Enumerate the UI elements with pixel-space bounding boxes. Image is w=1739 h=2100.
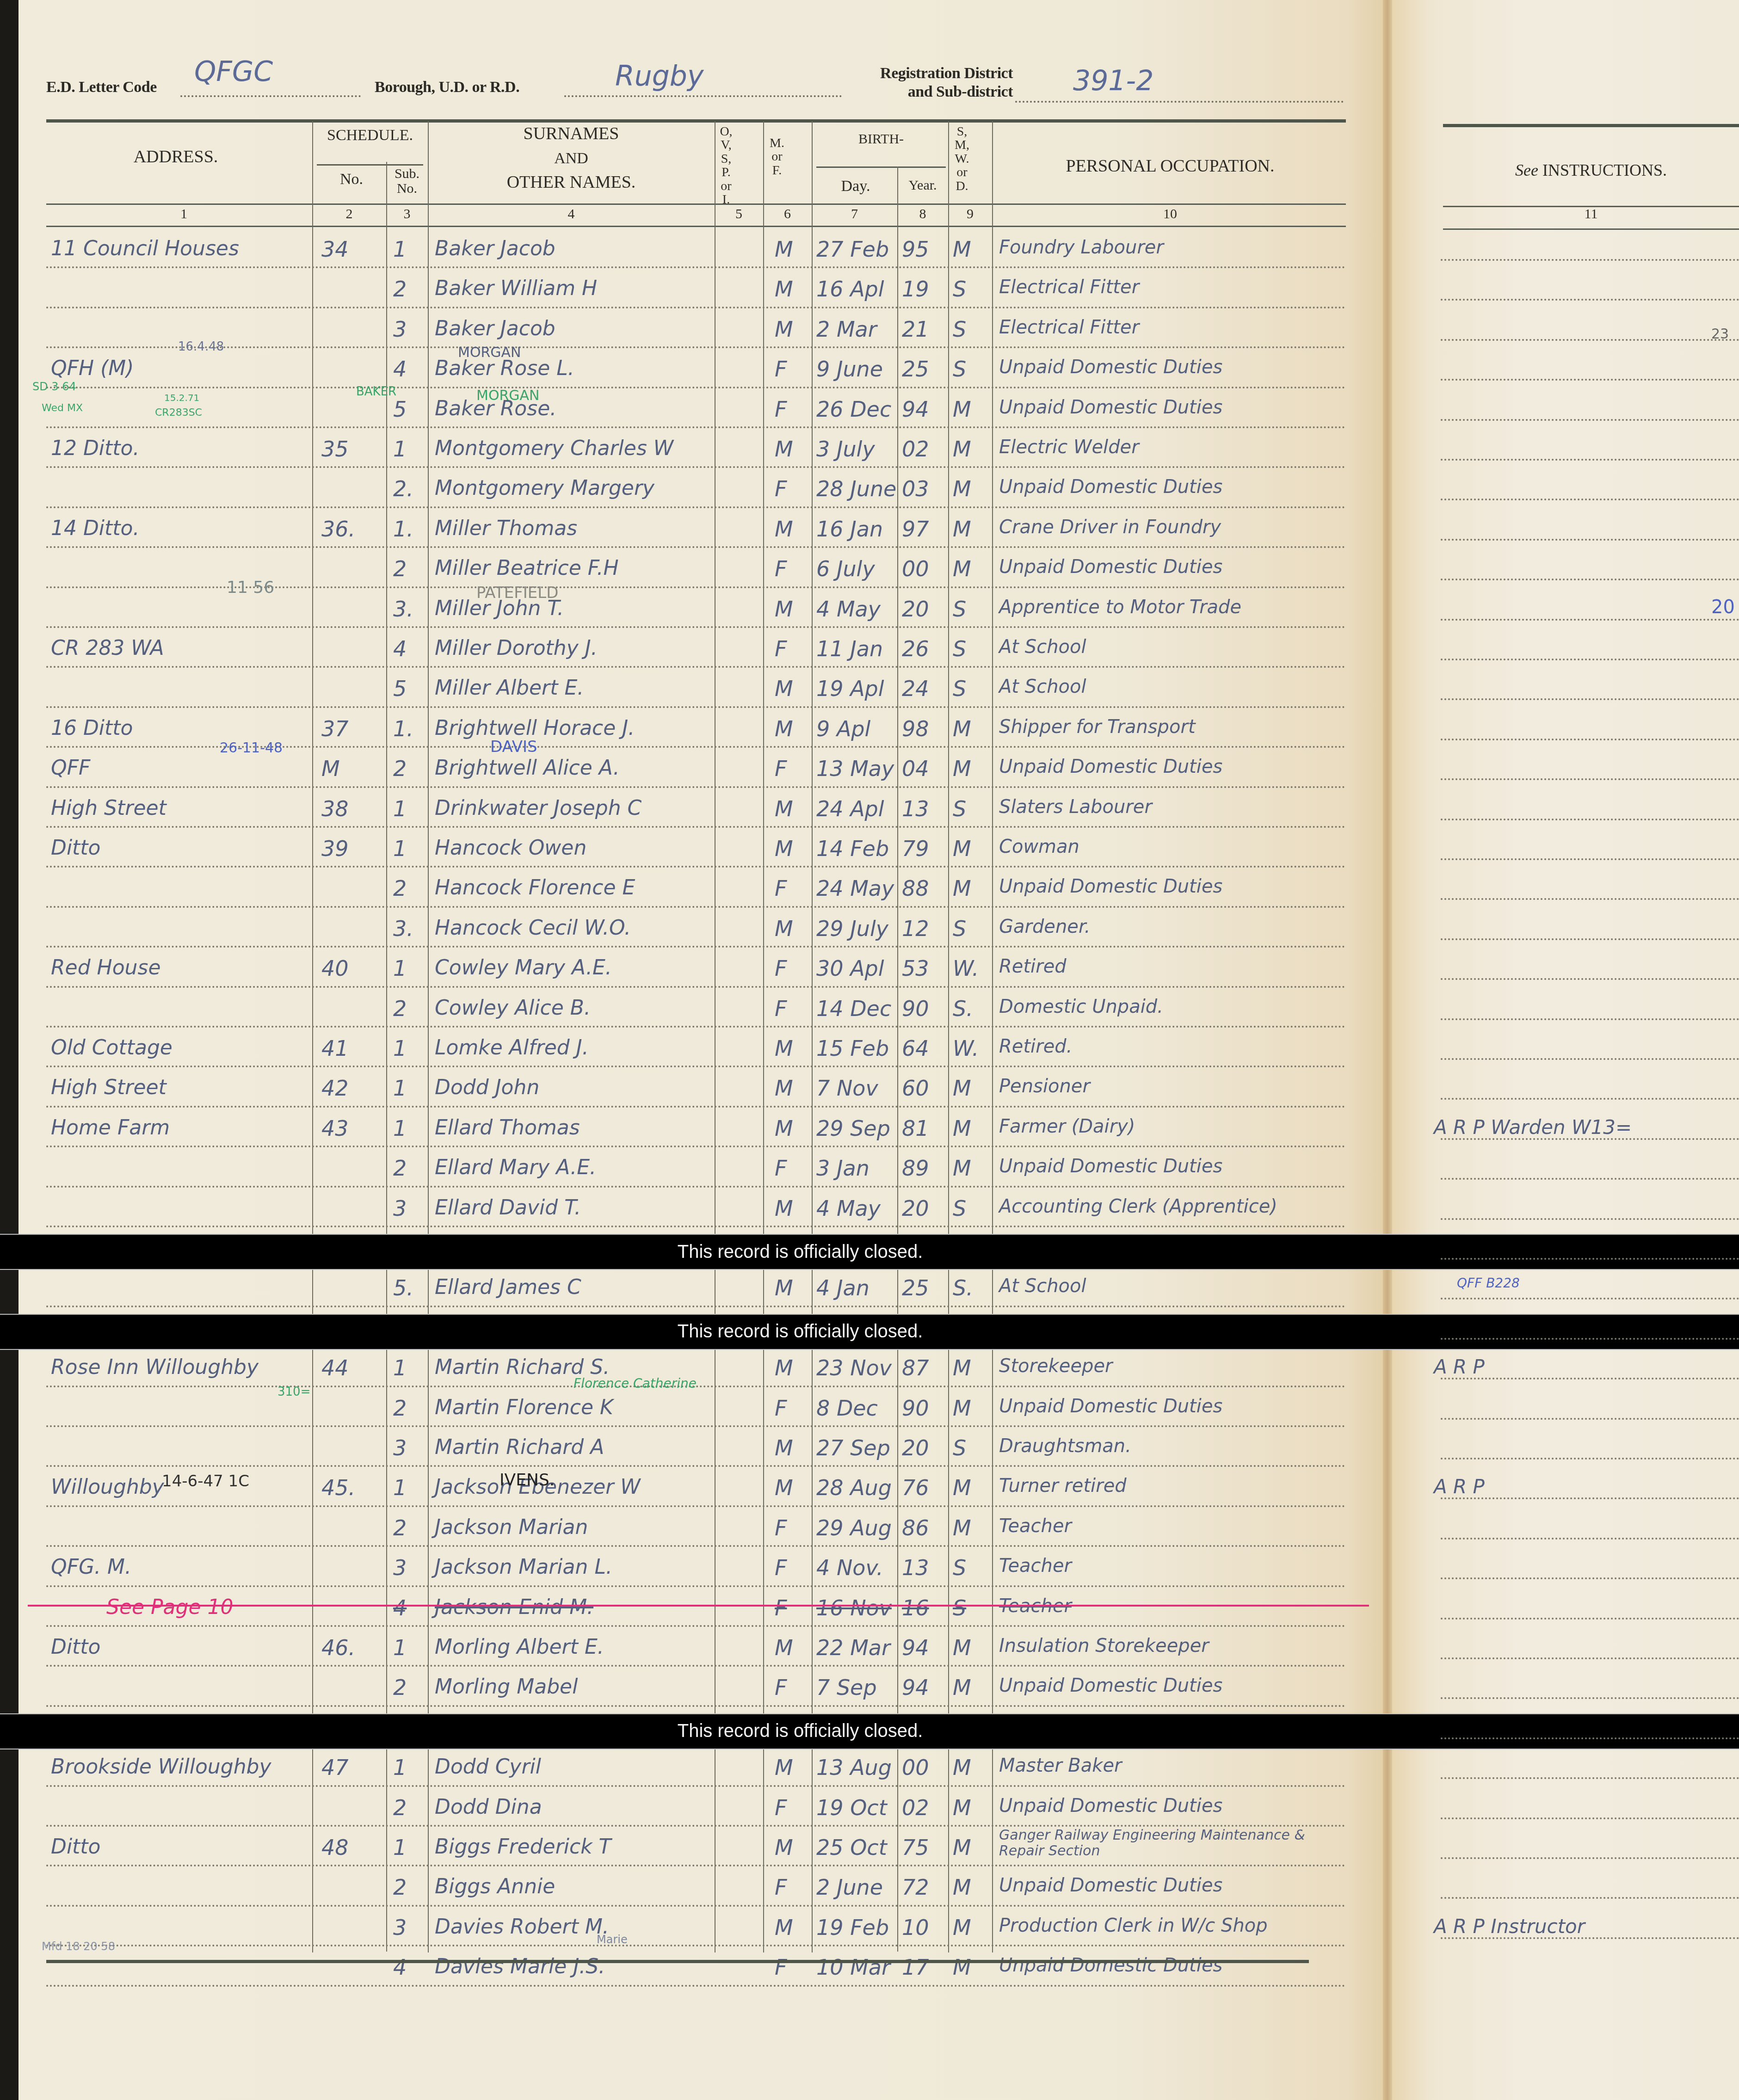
birth-year-cell: 19 [902, 277, 929, 302]
sex-cell: F [775, 1595, 787, 1620]
column-number: 2 [312, 206, 386, 222]
name-cell: Baker Jacob [435, 317, 555, 340]
name-cell: Hancock Florence E [435, 876, 635, 899]
occupation-cell: Retired [999, 956, 1067, 977]
birth-year-cell: 00 [902, 556, 929, 581]
schedule-sub-cell: 2 [393, 556, 407, 581]
birth-year-cell: 81 [902, 1116, 929, 1141]
birth-day-cell: 10 Mar [816, 1955, 890, 1980]
schedule-sub-cell: 4 [393, 357, 407, 382]
marital-status-cell: M [953, 1755, 971, 1780]
name-cell: Biggs Annie [435, 1875, 555, 1898]
marital-status-cell: S. [953, 996, 973, 1021]
birth-year-cell: 88 [902, 876, 929, 901]
borough-label: Borough, U.D. or R.D. [375, 79, 519, 96]
marital-status-cell: M [953, 1875, 971, 1900]
birth-year-cell: 60 [902, 1076, 929, 1101]
marital-status-cell: S [953, 357, 966, 382]
name-cell: Davies Marie J.S. [435, 1955, 605, 1978]
redaction-bar: This record is officially closed. [0, 1314, 1739, 1350]
colnum-rule-bottom-right [1443, 228, 1739, 230]
right-row-rule [1441, 1618, 1739, 1620]
name-cell: Miller Albert E. [435, 676, 584, 700]
sex-cell: F [775, 476, 787, 501]
birth-year-cell: 20 [902, 1196, 929, 1221]
column-number: 1 [55, 206, 312, 222]
schedule-sub-cell: 1. [393, 716, 413, 741]
annotation-310: 310= [277, 1385, 310, 1399]
occupation-cell: Electric Welder [999, 437, 1139, 458]
address-cell: See Page 10 [106, 1595, 234, 1619]
row-rule [46, 946, 1346, 948]
name-cell: Dodd Dina [435, 1795, 542, 1819]
col-schedule: SCHEDULE. [314, 127, 425, 144]
birth-year-cell: 53 [902, 956, 929, 981]
marital-status-cell: M [953, 1635, 971, 1660]
row-rule [46, 1785, 1346, 1787]
occupation-cell: Apprentice to Motor Trade [999, 597, 1241, 618]
name-cell: Miller Beatrice F.H [435, 556, 619, 580]
birth-day-cell: 29 July [816, 916, 888, 941]
sex-cell: M [775, 1915, 793, 1940]
birth-year-cell: 00 [902, 1755, 929, 1780]
col-ovspi: O, V, S, P. or I. [717, 125, 735, 206]
annotation-miller-date: 11 56 [227, 578, 274, 597]
grid-vline [763, 121, 764, 1952]
col-sched-sub: Sub. No. [388, 166, 425, 196]
address-cell: 11 Council Houses [51, 237, 239, 260]
sex-cell: F [775, 357, 787, 382]
reg-district-label-1: Registration District [846, 65, 1013, 82]
row-rule [46, 1306, 1346, 1307]
reg-district-dotline [1015, 101, 1344, 103]
schedule-sub-cell: 1 [393, 237, 407, 262]
marital-status-cell: S [953, 676, 966, 701]
marital-status-cell: S [953, 317, 966, 342]
right-row-rule [1441, 1937, 1739, 1939]
row-rule [46, 1905, 1346, 1907]
birth-year-cell: 86 [902, 1515, 929, 1540]
birth-year-cell: 21 [902, 317, 929, 342]
birth-year-cell: 20 [902, 597, 929, 622]
schedule-no-cell: 42 [321, 1076, 349, 1101]
schedule-sub-cell: 1 [393, 1116, 407, 1141]
row-rule [46, 1505, 1346, 1507]
birth-day-cell: 4 May [816, 597, 881, 622]
ed-letter-code-label: E.D. Letter Code [46, 79, 157, 96]
schedule-sub-cell: 3. [393, 597, 413, 622]
address-cell: Ditto [51, 1835, 101, 1859]
column-number: 11 [1443, 206, 1739, 222]
name-cell: Hancock Cecil W.O. [435, 916, 631, 940]
name-cell: Martin Florence K [435, 1396, 613, 1419]
annotation-marie: Marie [597, 1933, 628, 1946]
marital-status-cell: M [953, 1835, 971, 1860]
sex-cell: M [775, 277, 793, 302]
name-cell: Ellard Mary A.E. [435, 1156, 596, 1179]
birth-day-cell: 19 Feb [816, 1915, 889, 1940]
schedule-no-cell: 46. [321, 1635, 355, 1660]
schedule-no-cell: 43 [321, 1116, 349, 1141]
name-cell: Miller Thomas [435, 517, 577, 540]
schedule-sub-cell: 2 [393, 876, 407, 901]
right-row-rule [1441, 1777, 1739, 1779]
sex-cell: M [775, 437, 793, 462]
birth-day-cell: 16 Nov [816, 1595, 892, 1620]
right-row-rule [1441, 1497, 1739, 1499]
col-instructions: See INSTRUCTIONS. [1443, 162, 1739, 179]
birth-day-cell: 13 Aug [816, 1755, 892, 1780]
occupation-cell: Unpaid Domestic Duties [999, 476, 1222, 498]
marital-status-cell: M [953, 1475, 971, 1500]
address-cell: 12 Ditto. [51, 437, 140, 460]
redaction-text: This record is officially closed. [678, 1721, 923, 1742]
occupation-cell: Pensioner [999, 1076, 1090, 1097]
col-year: Year. [900, 178, 946, 193]
birth-year-cell: 04 [902, 756, 929, 781]
annotation-alice-date: 26-11-48 [220, 740, 283, 756]
schedule-sub-cell: 3 [393, 1555, 407, 1580]
schedule-sub-cell: 5. [393, 1275, 413, 1300]
schedule-no-cell: 39 [321, 836, 349, 861]
occupation-cell: Cowman [999, 836, 1079, 857]
remarks-cell: A R P Warden W13= [1434, 1116, 1632, 1139]
right-row-rule [1441, 1058, 1739, 1060]
schedule-sub-cell: 3. [393, 916, 413, 941]
birth-year-cell: 03 [902, 476, 929, 501]
right-row-rule [1441, 419, 1739, 421]
column-number: 5 [715, 206, 763, 222]
birth-day-cell: 26 Dec [816, 397, 891, 422]
schedule-sub-cell: 1 [393, 1076, 407, 1101]
right-row-rule [1441, 379, 1739, 381]
row-rule [46, 1106, 1346, 1108]
birth-day-cell: 14 Dec [816, 996, 891, 1021]
annotation-marian-date: 14-6-47 1C [162, 1472, 249, 1490]
schedule-sub-cell: 2. [393, 476, 413, 501]
schedule-sub-cell: 3 [393, 1196, 407, 1221]
right-row-rule [1441, 1338, 1739, 1340]
right-row-rule [1441, 1458, 1739, 1460]
marital-status-cell: S [953, 1595, 966, 1620]
row-rule [46, 1945, 1346, 1946]
column-number: 7 [812, 206, 897, 222]
birth-year-cell: 98 [902, 716, 929, 741]
marital-status-cell: S. [953, 1275, 973, 1300]
grid-vline [312, 121, 313, 1952]
birth-day-cell: 29 Sep [816, 1116, 890, 1141]
name-cell: Cowley Mary A.E. [435, 956, 612, 979]
birth-day-cell: 29 Aug [816, 1515, 892, 1540]
redaction-text: This record is officially closed. [678, 1242, 923, 1262]
grid-vline [428, 121, 429, 1952]
birth-subrule [816, 166, 946, 168]
schedule-sub-cell: 3 [393, 317, 407, 342]
occupation-cell: Unpaid Domestic Duties [999, 357, 1222, 378]
annotation-green: Wed MX [42, 402, 83, 414]
name-cell: Jackson Marian L. [435, 1555, 612, 1579]
right-row-rule [1441, 1378, 1739, 1379]
occupation-cell: Electrical Fitter [999, 277, 1139, 298]
schedule-no-cell: 36. [321, 517, 355, 542]
right-row-rule [1441, 579, 1739, 580]
birth-year-cell: 79 [902, 836, 929, 861]
col-address: ADDRESS. [55, 148, 296, 166]
marital-status-cell: M [953, 476, 971, 501]
name-cell: Davies Robert M. [435, 1915, 609, 1939]
occupation-cell: Retired. [999, 1036, 1072, 1057]
occupation-cell: Teacher [999, 1515, 1072, 1537]
row-rule [46, 1865, 1346, 1866]
occupation-cell: Unpaid Domestic Duties [999, 756, 1222, 777]
schedule-no-cell: 38 [321, 796, 349, 821]
right-row-rule [1441, 1098, 1739, 1100]
row-rule [46, 786, 1346, 788]
schedule-sub-cell: 1 [393, 1635, 407, 1660]
birth-year-cell: 64 [902, 1036, 929, 1061]
schedule-sub-cell: 1 [393, 1475, 407, 1500]
annotation-davis: DAVIS [490, 738, 537, 756]
grid-vline [812, 121, 813, 1952]
row-rule [46, 1065, 1346, 1067]
annotation-right-fragment: 20 [1711, 597, 1735, 618]
schedule-subrule [317, 164, 423, 166]
birth-day-cell: 4 Nov. [816, 1555, 883, 1580]
birth-day-cell: 25 Oct [816, 1835, 887, 1860]
remarks-cell: QFF B228 [1457, 1275, 1520, 1291]
sex-cell: M [775, 1635, 793, 1660]
marital-status-cell: M [953, 1955, 971, 1980]
right-row-rule [1441, 698, 1739, 700]
name-cell: Miller Dorothy J. [435, 636, 598, 660]
schedule-sub-cell: 2 [393, 1156, 407, 1181]
schedule-sub-cell: 2 [393, 1396, 407, 1421]
address-cell: Ditto [51, 836, 101, 860]
col-marital: S, M, W. or D. [950, 125, 974, 193]
occupation-cell: Slaters Labourer [999, 796, 1152, 818]
name-cell: Brightwell Horace J. [435, 716, 635, 740]
borough-dotline [564, 95, 842, 97]
row-rule [46, 1705, 1346, 1707]
name-cell: Montgomery Margery [435, 476, 654, 500]
row-rule [46, 866, 1346, 868]
birth-day-cell: 9 June [816, 357, 883, 382]
footer-rule [46, 1960, 1309, 1963]
right-row-rule [1441, 1218, 1739, 1220]
strikethrough-line [28, 1605, 1369, 1607]
schedule-sub-cell: 1 [393, 1036, 407, 1061]
col-day: Day. [814, 178, 897, 195]
name-cell: Lomke Alfred J. [435, 1036, 589, 1059]
birth-year-cell: 87 [902, 1355, 929, 1380]
address-cell: High Street [51, 1076, 166, 1099]
annotation-mfd: Mfd 18 20 58 [42, 1940, 115, 1953]
right-row-rule [1441, 1897, 1739, 1899]
row-rule [46, 906, 1346, 908]
occupation-cell: At School [999, 1275, 1086, 1297]
birth-day-cell: 7 Sep [816, 1675, 877, 1700]
name-cell: Dodd Cyril [435, 1755, 541, 1779]
remarks-cell: A R P Instructor [1434, 1915, 1585, 1938]
birth-year-cell: 13 [902, 1555, 929, 1580]
schedule-sub-cell: 1 [393, 836, 407, 861]
birth-year-cell: 17 [902, 1955, 929, 1980]
birth-day-cell: 15 Feb [816, 1036, 889, 1061]
annotation-green-baker: BAKER [356, 385, 396, 399]
sex-cell: M [775, 1275, 793, 1300]
sex-cell: M [775, 796, 793, 821]
occupation-cell: Unpaid Domestic Duties [999, 1675, 1222, 1696]
row-rule [46, 1465, 1346, 1467]
name-cell: Jackson Enid M. [435, 1595, 593, 1619]
marital-status-cell: M [953, 756, 971, 781]
schedule-sub-cell: 5 [393, 676, 407, 701]
name-cell: Baker Jacob [435, 237, 555, 260]
schedule-sub-cell: 2 [393, 756, 407, 781]
row-rule [46, 986, 1346, 988]
address-cell: 14 Ditto. [51, 517, 140, 540]
schedule-sub-cell: 1. [393, 517, 413, 542]
occupation-cell: Unpaid Domestic Duties [999, 876, 1222, 897]
birth-day-cell: 3 Jan [816, 1156, 869, 1181]
column-number: 8 [897, 206, 948, 222]
birth-year-cell: 24 [902, 676, 929, 701]
occupation-cell: Unpaid Domestic Duties [999, 1795, 1222, 1817]
header-rule-right [1443, 124, 1739, 127]
name-cell: Brightwell Alice A. [435, 756, 620, 780]
schedule-sub-cell: 3 [393, 1915, 407, 1940]
schedule-sub-cell: 1 [393, 796, 407, 821]
sex-cell: F [775, 1875, 787, 1900]
colnum-rule-bottom [46, 226, 1346, 227]
col-names-1: SURNAMES [430, 125, 712, 143]
birth-day-cell: 19 Oct [816, 1795, 887, 1820]
occupation-cell: Unpaid Domestic Duties [999, 397, 1222, 418]
schedule-sub-cell: 1 [393, 1835, 407, 1860]
schedule-no-cell: 45. [321, 1475, 355, 1500]
sex-cell: F [775, 996, 787, 1021]
sex-cell: M [775, 836, 793, 861]
schedule-sub-cell: 2 [393, 1875, 407, 1900]
schedule-sub-cell: 2 [393, 1795, 407, 1820]
occupation-cell: Draughtsman. [999, 1435, 1131, 1457]
right-row-rule [1441, 539, 1739, 541]
col-birth: BIRTH- [814, 132, 948, 147]
row-rule [46, 666, 1346, 668]
column-number: 10 [992, 206, 1348, 222]
marital-status-cell: M [953, 716, 971, 741]
marital-status-cell: M [953, 1515, 971, 1540]
right-row-rule [1441, 1258, 1739, 1260]
row-rule [46, 546, 1346, 548]
col-occupation: PERSONAL OCCUPATION. [994, 157, 1346, 176]
birth-year-cell: 20 [902, 1435, 929, 1460]
birth-day-cell: 11 Jan [816, 636, 883, 661]
annotation-ivens: IVENS. [499, 1471, 555, 1490]
occupation-cell: Unpaid Domestic Duties [999, 1875, 1222, 1896]
right-row-rule [1441, 259, 1739, 261]
marital-status-cell: M [953, 876, 971, 901]
column-number: 9 [948, 206, 992, 222]
name-cell: Baker William H [435, 277, 597, 300]
sex-cell: F [775, 1515, 787, 1540]
occupation-cell: At School [999, 636, 1086, 658]
census-page-right [1387, 0, 1739, 2100]
right-row-rule [1441, 978, 1739, 980]
row-rule [46, 1026, 1346, 1028]
annotation-florence-catherine: Florence Catherine [573, 1376, 697, 1391]
birth-day-cell: 4 Jan [816, 1275, 869, 1300]
birth-year-cell: 94 [902, 397, 929, 422]
row-rule [46, 426, 1346, 428]
right-row-rule [1441, 1018, 1739, 1020]
schedule-sub-cell: 4 [393, 636, 407, 661]
occupation-cell: Master Baker [999, 1755, 1122, 1776]
sex-cell: M [775, 1435, 793, 1460]
schedule-sub-cell: 2 [393, 1515, 407, 1540]
occupation-cell: Storekeeper [999, 1355, 1112, 1377]
name-cell: Ellard David T. [435, 1196, 581, 1219]
schedule-no-cell: 44 [321, 1355, 349, 1380]
sex-cell: M [775, 676, 793, 701]
birth-day-cell: 24 Apl [816, 796, 884, 821]
sex-cell: F [775, 876, 787, 901]
birth-year-cell: 26 [902, 636, 929, 661]
sex-cell: F [775, 1396, 787, 1421]
sex-cell: F [775, 756, 787, 781]
schedule-sub-cell: 2 [393, 277, 407, 302]
marital-status-cell: M [953, 836, 971, 861]
borough-value: Rugby [615, 60, 703, 92]
sex-cell: M [775, 1116, 793, 1141]
birth-day-cell: 24 May [816, 876, 894, 901]
sex-cell: M [775, 1835, 793, 1860]
marital-status-cell: M [953, 437, 971, 462]
sex-cell: F [775, 1955, 787, 1980]
sex-cell: M [775, 1196, 793, 1221]
annotation-patefield: PATEFIELD [476, 584, 558, 602]
right-row-rule [1441, 1857, 1739, 1859]
schedule-sub-cell: 1 [393, 437, 407, 462]
sex-cell: M [775, 517, 793, 542]
birth-day-cell: 27 Feb [816, 237, 889, 262]
birth-day-cell: 23 Nov [816, 1355, 892, 1380]
marital-status-cell: S [953, 597, 966, 622]
birth-day-cell: 2 June [816, 1875, 883, 1900]
redaction-bar: This record is officially closed. [0, 1234, 1739, 1270]
grid-vline [386, 162, 387, 1952]
birth-year-cell: 16 [902, 1595, 929, 1620]
sex-cell: M [775, 716, 793, 741]
row-rule [46, 387, 1346, 388]
birth-year-cell: 13 [902, 796, 929, 821]
birth-year-cell: 12 [902, 916, 929, 941]
annotation-morgan-green: MORGAN [476, 388, 540, 404]
grid-vline [948, 121, 949, 1952]
right-row-rule [1441, 739, 1739, 740]
birth-year-cell: 25 [902, 357, 929, 382]
column-number: 3 [386, 206, 428, 222]
remarks-cell: A R P [1434, 1355, 1485, 1378]
schedule-sub-cell: 3 [393, 1435, 407, 1460]
right-row-rule [1441, 1418, 1739, 1420]
sex-cell: M [775, 317, 793, 342]
schedule-sub-cell: 1 [393, 1355, 407, 1380]
birth-day-cell: 30 Apl [816, 956, 884, 981]
annotation-morgan: MORGAN [458, 345, 521, 361]
birth-day-cell: 19 Apl [816, 676, 884, 701]
birth-year-cell: 75 [902, 1835, 929, 1860]
